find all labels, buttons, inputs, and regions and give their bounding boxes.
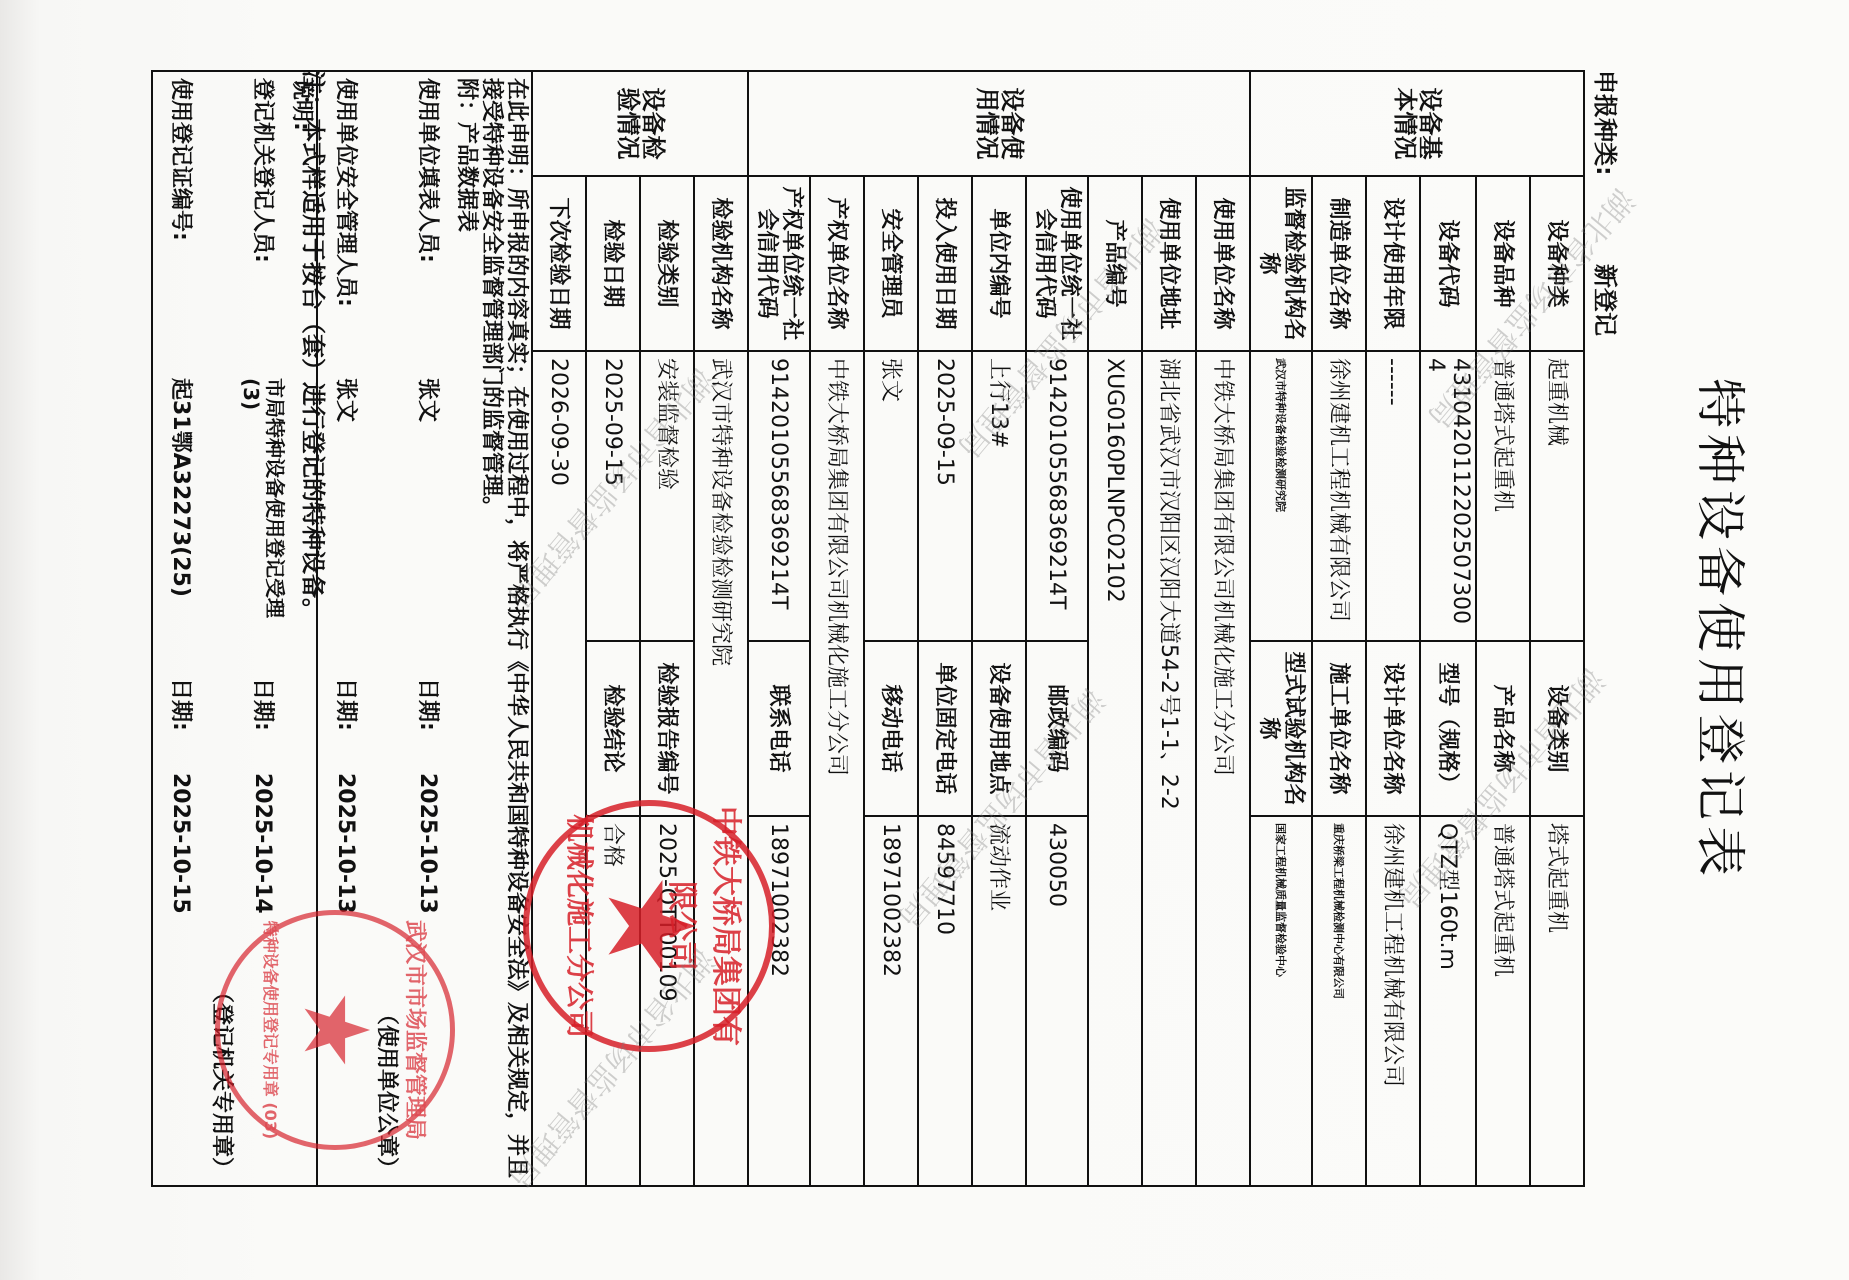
label-report-no: 检验报告编号 bbox=[640, 641, 694, 816]
authority-seal-bottom-text: 特种设备使用登记专用章 (03) bbox=[260, 915, 283, 1145]
value-safety-manager: 张文 bbox=[864, 351, 918, 641]
declaration-text: 在此申明：所申报的内容真实；在使用过程中，将严格执行《中华人民共和国特种设备安全… bbox=[479, 78, 529, 1179]
label-type-test-org: 型式试验机构名称 bbox=[1250, 641, 1312, 816]
star-icon: ★ bbox=[290, 990, 380, 1071]
label-safety-manager: 安全管理员 bbox=[864, 176, 918, 351]
label-mobile: 移动电话 bbox=[864, 641, 918, 816]
value-supervision-org: 武汉市特种设备检验检测研究院 bbox=[1250, 351, 1312, 641]
section-basic: 设备基本情况 bbox=[1250, 71, 1584, 176]
label-start-date: 投入使用日期 bbox=[918, 176, 972, 351]
label-inspection-date: 检验日期 bbox=[586, 176, 640, 351]
value-manufacturer: 徐州建机工程机械有限公司 bbox=[1312, 351, 1366, 641]
registrar-value: 市局特种设备使用登记受理(3) bbox=[239, 378, 287, 638]
section-inspection: 设备检验情况 bbox=[532, 71, 748, 176]
label-inspection-category: 检验类别 bbox=[640, 176, 694, 351]
value-user-address: 湖北省武汉市汉阳区汉阳大道54-2号1-1、2-2 bbox=[1142, 351, 1196, 1186]
label-internal-no: 单位内编号 bbox=[972, 176, 1026, 351]
label-user-name: 使用单位名称 bbox=[1196, 176, 1250, 351]
value-equipment-type: 起重机械 bbox=[1530, 351, 1584, 641]
form-title: 特种设备使用登记表 bbox=[1688, 40, 1760, 1220]
value-product-no: XUG0160PLNPC02102 bbox=[1088, 351, 1142, 1186]
filler-value: 张文 bbox=[416, 378, 441, 638]
registration-form-sheet: 特种设备使用登记表 申报种类: 新登记 设备基本情况 设备种类 起重机械 设备类… bbox=[305, 40, 1785, 1220]
safety-value: 张文 bbox=[334, 378, 359, 638]
safety-date: 2025-10-13 bbox=[334, 773, 359, 923]
label-supervision-org: 监督检验机构名称 bbox=[1250, 176, 1312, 351]
label-owner-name: 产权单位名称 bbox=[810, 176, 864, 351]
safety-label: 使用单位安全管理人员: bbox=[334, 78, 359, 378]
value-postcode: 430050 bbox=[1026, 816, 1088, 1186]
value-start-date: 2025-09-15 bbox=[918, 351, 972, 641]
label-next-inspection-date: 下次检验日期 bbox=[532, 176, 586, 351]
cert-label: 使用登记证编号: bbox=[169, 78, 194, 378]
filler-date: 2025-10-13 bbox=[416, 773, 441, 923]
value-user-name: 中铁大桥局集团有限公司机械化施工分公司 bbox=[1196, 351, 1250, 1186]
cert-date: 2025-10-15 bbox=[169, 773, 194, 923]
value-product-name: 普通塔式起重机 bbox=[1476, 816, 1530, 1186]
value-construction-unit: 重庆桥梁工程机械检测中心有限公司 bbox=[1312, 816, 1366, 1186]
authority-seal: 武汉市市场监督管理局 ★ 特种设备使用登记专用章 (03) bbox=[215, 910, 455, 1150]
value-equipment-category: 塔式起重机 bbox=[1530, 816, 1584, 1186]
label-construction-unit: 施工单位名称 bbox=[1312, 641, 1366, 816]
label-equipment-code: 设备代码 bbox=[1420, 176, 1476, 351]
filler-label: 使用单位填表人员: bbox=[416, 78, 441, 378]
safety-date-label: 日期: bbox=[334, 678, 359, 773]
cert-value: 起31鄂A32273(25) bbox=[169, 378, 194, 638]
authority-seal-top-text: 武汉市市场监督管理局 bbox=[401, 915, 432, 1145]
value-inspection-org: 武汉市特种设备检验检测研究院 bbox=[694, 351, 748, 1186]
value-design-life: ------ bbox=[1366, 351, 1420, 641]
footnote: 注：本式样适用于按台（套）进行登记的特种设备。 bbox=[298, 70, 333, 622]
value-mobile: 18971002382 bbox=[864, 816, 918, 1186]
value-owner-credit-code: 91420105568369214T bbox=[748, 351, 810, 641]
label-design-unit: 设计单位名称 bbox=[1366, 641, 1420, 816]
value-next-inspection-date: 2026-09-30 bbox=[532, 351, 586, 1186]
registrar-date: 2025-10-14 bbox=[251, 773, 276, 923]
section-usage: 设备使用情况 bbox=[748, 71, 1250, 176]
label-manufacturer: 制造单位名称 bbox=[1312, 176, 1366, 351]
registrar-date-label: 日期: bbox=[251, 678, 276, 773]
value-type-test-org: 国家工程机械质量监督检验中心 bbox=[1250, 816, 1312, 1186]
filler-date-label: 日期: bbox=[416, 678, 441, 773]
declare-type-label: 申报种类: bbox=[1591, 70, 1619, 176]
registrar-label: 登记机关登记人员: bbox=[251, 78, 276, 378]
label-inspection-conclusion: 检验结论 bbox=[586, 641, 640, 816]
label-fixed-phone: 单位固定电话 bbox=[918, 641, 972, 816]
company-seal-bottom-text: 机械化施工分公司 bbox=[561, 806, 601, 1046]
declare-type-value: 新登记 bbox=[1591, 264, 1619, 336]
label-model: 型号（规格） bbox=[1420, 641, 1476, 816]
label-contact-phone: 联系电话 bbox=[748, 641, 810, 816]
cert-line: 使用登记证编号: 起31鄂A32273(25) 日期: 2025-10-15 bbox=[155, 78, 207, 1179]
declaration-attachment: 附：产品数据表 bbox=[454, 78, 479, 1179]
label-owner-credit-code: 产权单位统一社会信用代码 bbox=[748, 176, 810, 351]
label-inspection-org: 检验机构名称 bbox=[694, 176, 748, 351]
value-owner-name: 中铁大桥局集团有限公司机械化施工分公司 bbox=[810, 351, 864, 1186]
cert-date-label: 日期: bbox=[169, 678, 194, 773]
label-design-life: 设计使用年限 bbox=[1366, 176, 1420, 351]
